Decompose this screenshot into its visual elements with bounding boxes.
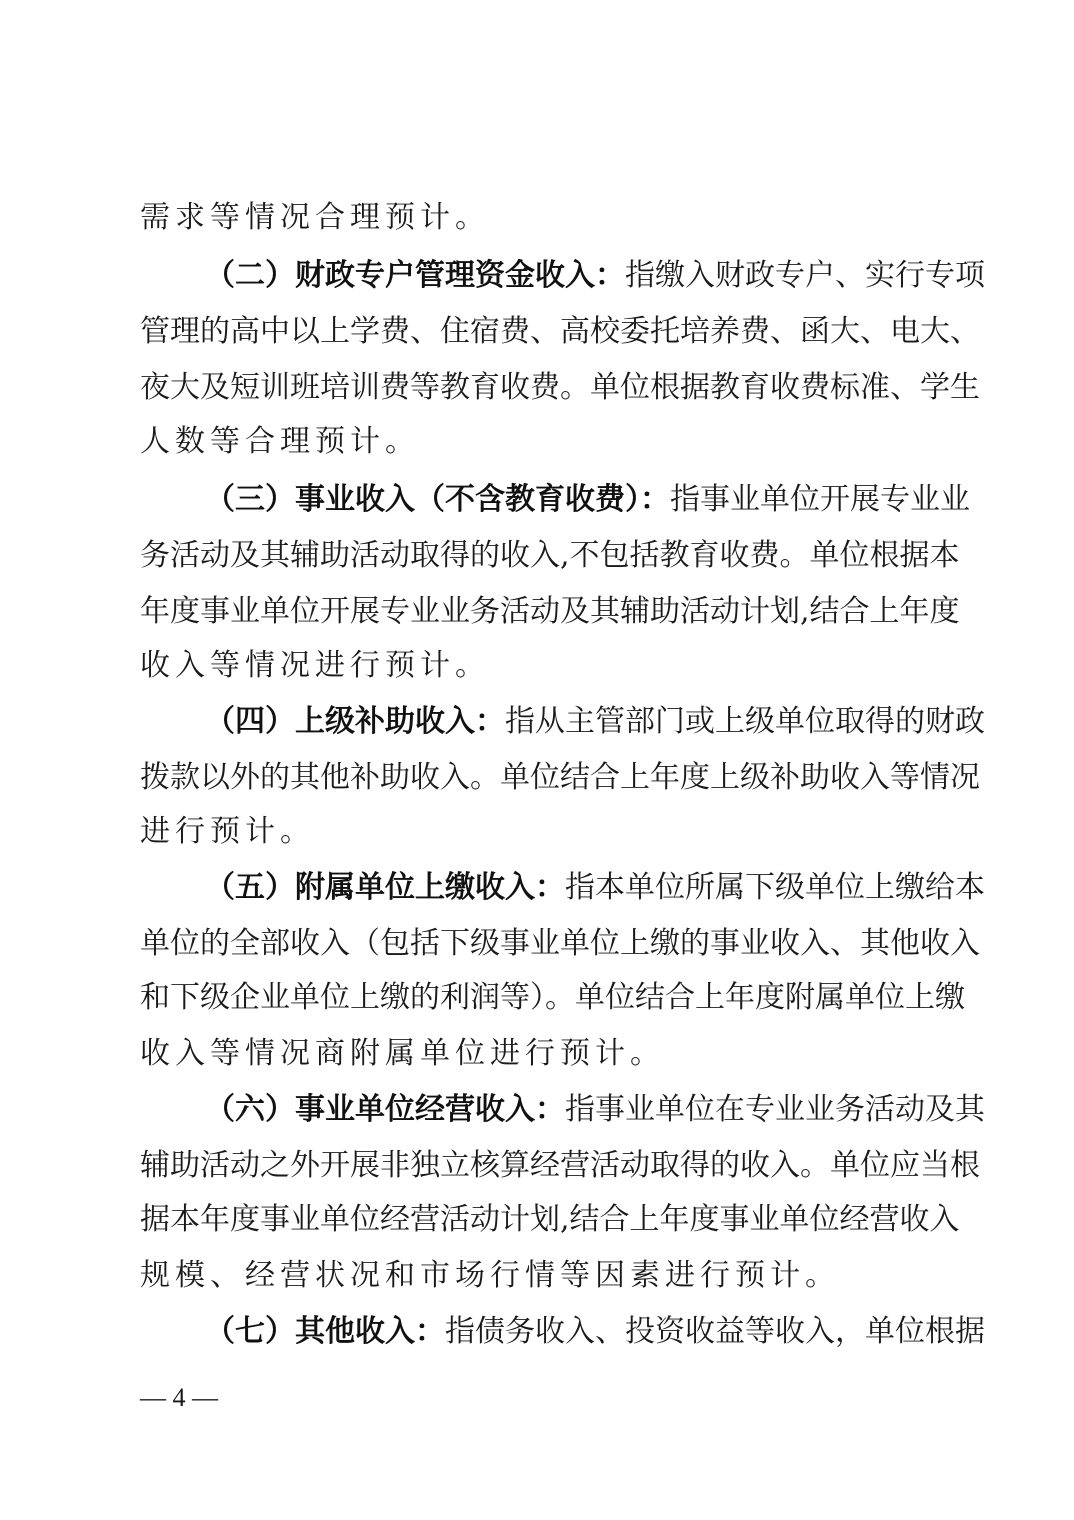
line-text: 管理的高中以上学费、住宿费、高校委托培养费、函大、电大、 [140, 314, 980, 349]
document-page: 需求等情况合理预计。（二）财政专户管理资金收入：指缴入财政专户、实行专项管理的高… [0, 0, 1074, 1520]
page-number: — 4 — [140, 1378, 218, 1418]
line-text: 人数等合理预计。 [140, 424, 420, 459]
paragraph-line: 和下级企业单位上缴的利润等）。单位结合上年度附属单位上缴 [140, 976, 940, 1020]
line-text: 进行预计。 [140, 814, 315, 849]
paragraph-line: 人数等合理预计。 [140, 420, 940, 464]
paragraph-line: 需求等情况合理预计。 [140, 196, 940, 240]
line-text: 指债务收入、投资收益等收入，单位根据 [445, 1314, 985, 1349]
paragraph-line: 夜大及短训班培训费等教育收费。单位根据教育收费标准、学生 [140, 366, 940, 410]
line-text: 指事业单位开展专业业 [670, 482, 970, 517]
line-text: 收入等情况商附属单位进行预计。 [140, 1036, 665, 1071]
paragraph-line: 务活动及其辅助活动取得的收入,不包括教育收费。单位根据本 [140, 534, 940, 578]
paragraph-line: 规模、经营状况和市场行情等因素进行预计。 [140, 1254, 940, 1298]
section-heading-line: （五）附属单位上缴收入：指本单位所属下级单位上缴给本 [205, 866, 940, 910]
line-text: 年度事业单位开展专业业务活动及其辅助活动计划,结合上年度 [140, 594, 960, 629]
line-text: 务活动及其辅助活动取得的收入,不包括教育收费。单位根据本 [140, 538, 960, 573]
line-text: 需求等情况合理预计。 [140, 200, 490, 235]
paragraph-line: 管理的高中以上学费、住宿费、高校委托培养费、函大、电大、 [140, 310, 940, 354]
section-heading-line: （三）事业收入（不含教育收费）：指事业单位开展专业业 [205, 478, 940, 522]
section-heading: （四）上级补助收入： [205, 704, 505, 739]
line-text: 夜大及短训班培训费等教育收费。单位根据教育收费标准、学生 [140, 370, 980, 405]
line-text: 指缴入财政专户、实行专项 [625, 258, 985, 293]
section-heading: （七）其他收入： [205, 1314, 445, 1349]
line-text: 指本单位所属下级单位上缴给本 [565, 870, 985, 905]
section-heading-line: （六）事业单位经营收入：指事业单位在专业业务活动及其 [205, 1088, 940, 1132]
paragraph-line: 拨款以外的其他补助收入。单位结合上年度上级补助收入等情况 [140, 756, 940, 800]
line-text: 规模、经营状况和市场行情等因素进行预计。 [140, 1258, 840, 1293]
paragraph-line: 单位的全部收入（包括下级事业单位上缴的事业收入、其他收入 [140, 922, 940, 966]
paragraph-line: 辅助活动之外开展非独立核算经营活动取得的收入。单位应当根 [140, 1144, 940, 1188]
section-heading: （二）财政专户管理资金收入： [205, 258, 625, 293]
section-heading-line: （七）其他收入：指债务收入、投资收益等收入，单位根据 [205, 1310, 940, 1354]
line-text: 收入等情况进行预计。 [140, 648, 490, 683]
line-text: 指从主管部门或上级单位取得的财政 [505, 704, 985, 739]
paragraph-line: 进行预计。 [140, 810, 940, 854]
paragraph-line: 年度事业单位开展专业业务活动及其辅助活动计划,结合上年度 [140, 590, 940, 634]
paragraph-line: 收入等情况进行预计。 [140, 644, 940, 688]
line-text: 单位的全部收入（包括下级事业单位上缴的事业收入、其他收入 [140, 926, 980, 961]
line-text: 拨款以外的其他补助收入。单位结合上年度上级补助收入等情况 [140, 760, 980, 795]
line-text: 和下级企业单位上缴的利润等）。单位结合上年度附属单位上缴 [140, 980, 965, 1015]
section-heading: （三）事业收入（不含教育收费）： [205, 482, 670, 517]
section-heading-line: （四）上级补助收入：指从主管部门或上级单位取得的财政 [205, 700, 940, 744]
section-heading-line: （二）财政专户管理资金收入：指缴入财政专户、实行专项 [205, 254, 940, 298]
line-text: 据本年度事业单位经营活动计划,结合上年度事业单位经营收入 [140, 1202, 960, 1237]
line-text: 指事业单位在专业业务活动及其 [565, 1092, 985, 1127]
section-heading: （六）事业单位经营收入： [205, 1092, 565, 1127]
paragraph-line: 据本年度事业单位经营活动计划,结合上年度事业单位经营收入 [140, 1198, 940, 1242]
paragraph-line: 收入等情况商附属单位进行预计。 [140, 1032, 940, 1076]
section-heading: （五）附属单位上缴收入： [205, 870, 565, 905]
line-text: 辅助活动之外开展非独立核算经营活动取得的收入。单位应当根 [140, 1148, 980, 1183]
